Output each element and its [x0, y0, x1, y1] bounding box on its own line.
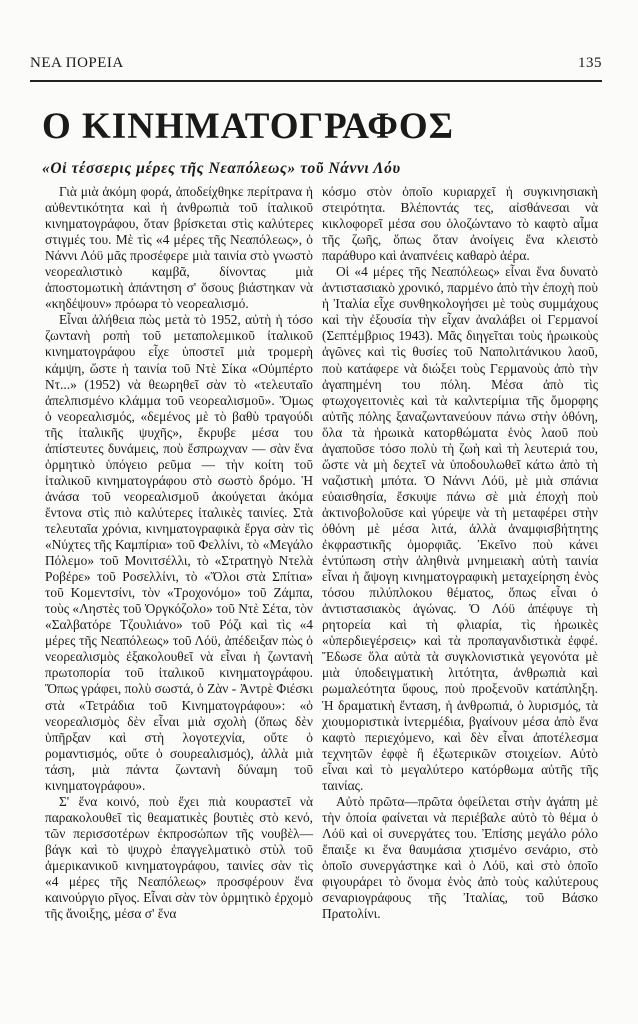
paragraph: Γιὰ μιὰ ἀκόμη φορά, ἀποδείχθηκε περίτραν…: [45, 184, 313, 312]
paragraph: Σ' ἕνα κοινό, ποὺ ἔχει πιὰ κουραστεῖ νὰ …: [45, 794, 313, 922]
left-column: Γιὰ μιὰ ἀκόμη φορά, ἀποδείχθηκε περίτραν…: [45, 184, 313, 922]
right-column: κόσμο στὸν ὁποῖο κυριαρχεῖ ἡ συγκινησιακ…: [322, 184, 598, 922]
paragraph: Εἶναι ἀλήθεια πὼς μετὰ τὸ 1952, αὐτὴ ἡ τ…: [45, 312, 313, 793]
article-subtitle: «Οἱ τέσσερις μέρες τῆς Νεαπόλεως» τοῦ Νά…: [42, 160, 401, 178]
magazine-page: ΝΕΑ ΠΟΡΕΙΑ 135 Ο ΚΙΝΗΜΑΤΟΓΡΑΦΟΣ «Οἱ τέσσ…: [0, 0, 638, 1024]
paragraph: κόσμο στὸν ὁποῖο κυριαρχεῖ ἡ συγκινησιακ…: [322, 184, 598, 264]
article-title: Ο ΚΙΝΗΜΑΤΟΓΡΑΦΟΣ: [42, 108, 454, 145]
journal-name: ΝΕΑ ΠΟΡΕΙΑ: [30, 55, 124, 72]
paragraph: Αὐτὸ πρῶτα—πρῶτα ὀφείλεται στὴν ἀγάπη μὲ…: [322, 794, 598, 922]
page-number: 135: [578, 55, 602, 72]
header-rule: [30, 80, 602, 82]
paragraph: Οἱ «4 μέρες τῆς Νεαπόλεως» εἶναι ἕνα δυν…: [322, 264, 598, 794]
running-head: ΝΕΑ ΠΟΡΕΙΑ 135: [30, 55, 602, 72]
